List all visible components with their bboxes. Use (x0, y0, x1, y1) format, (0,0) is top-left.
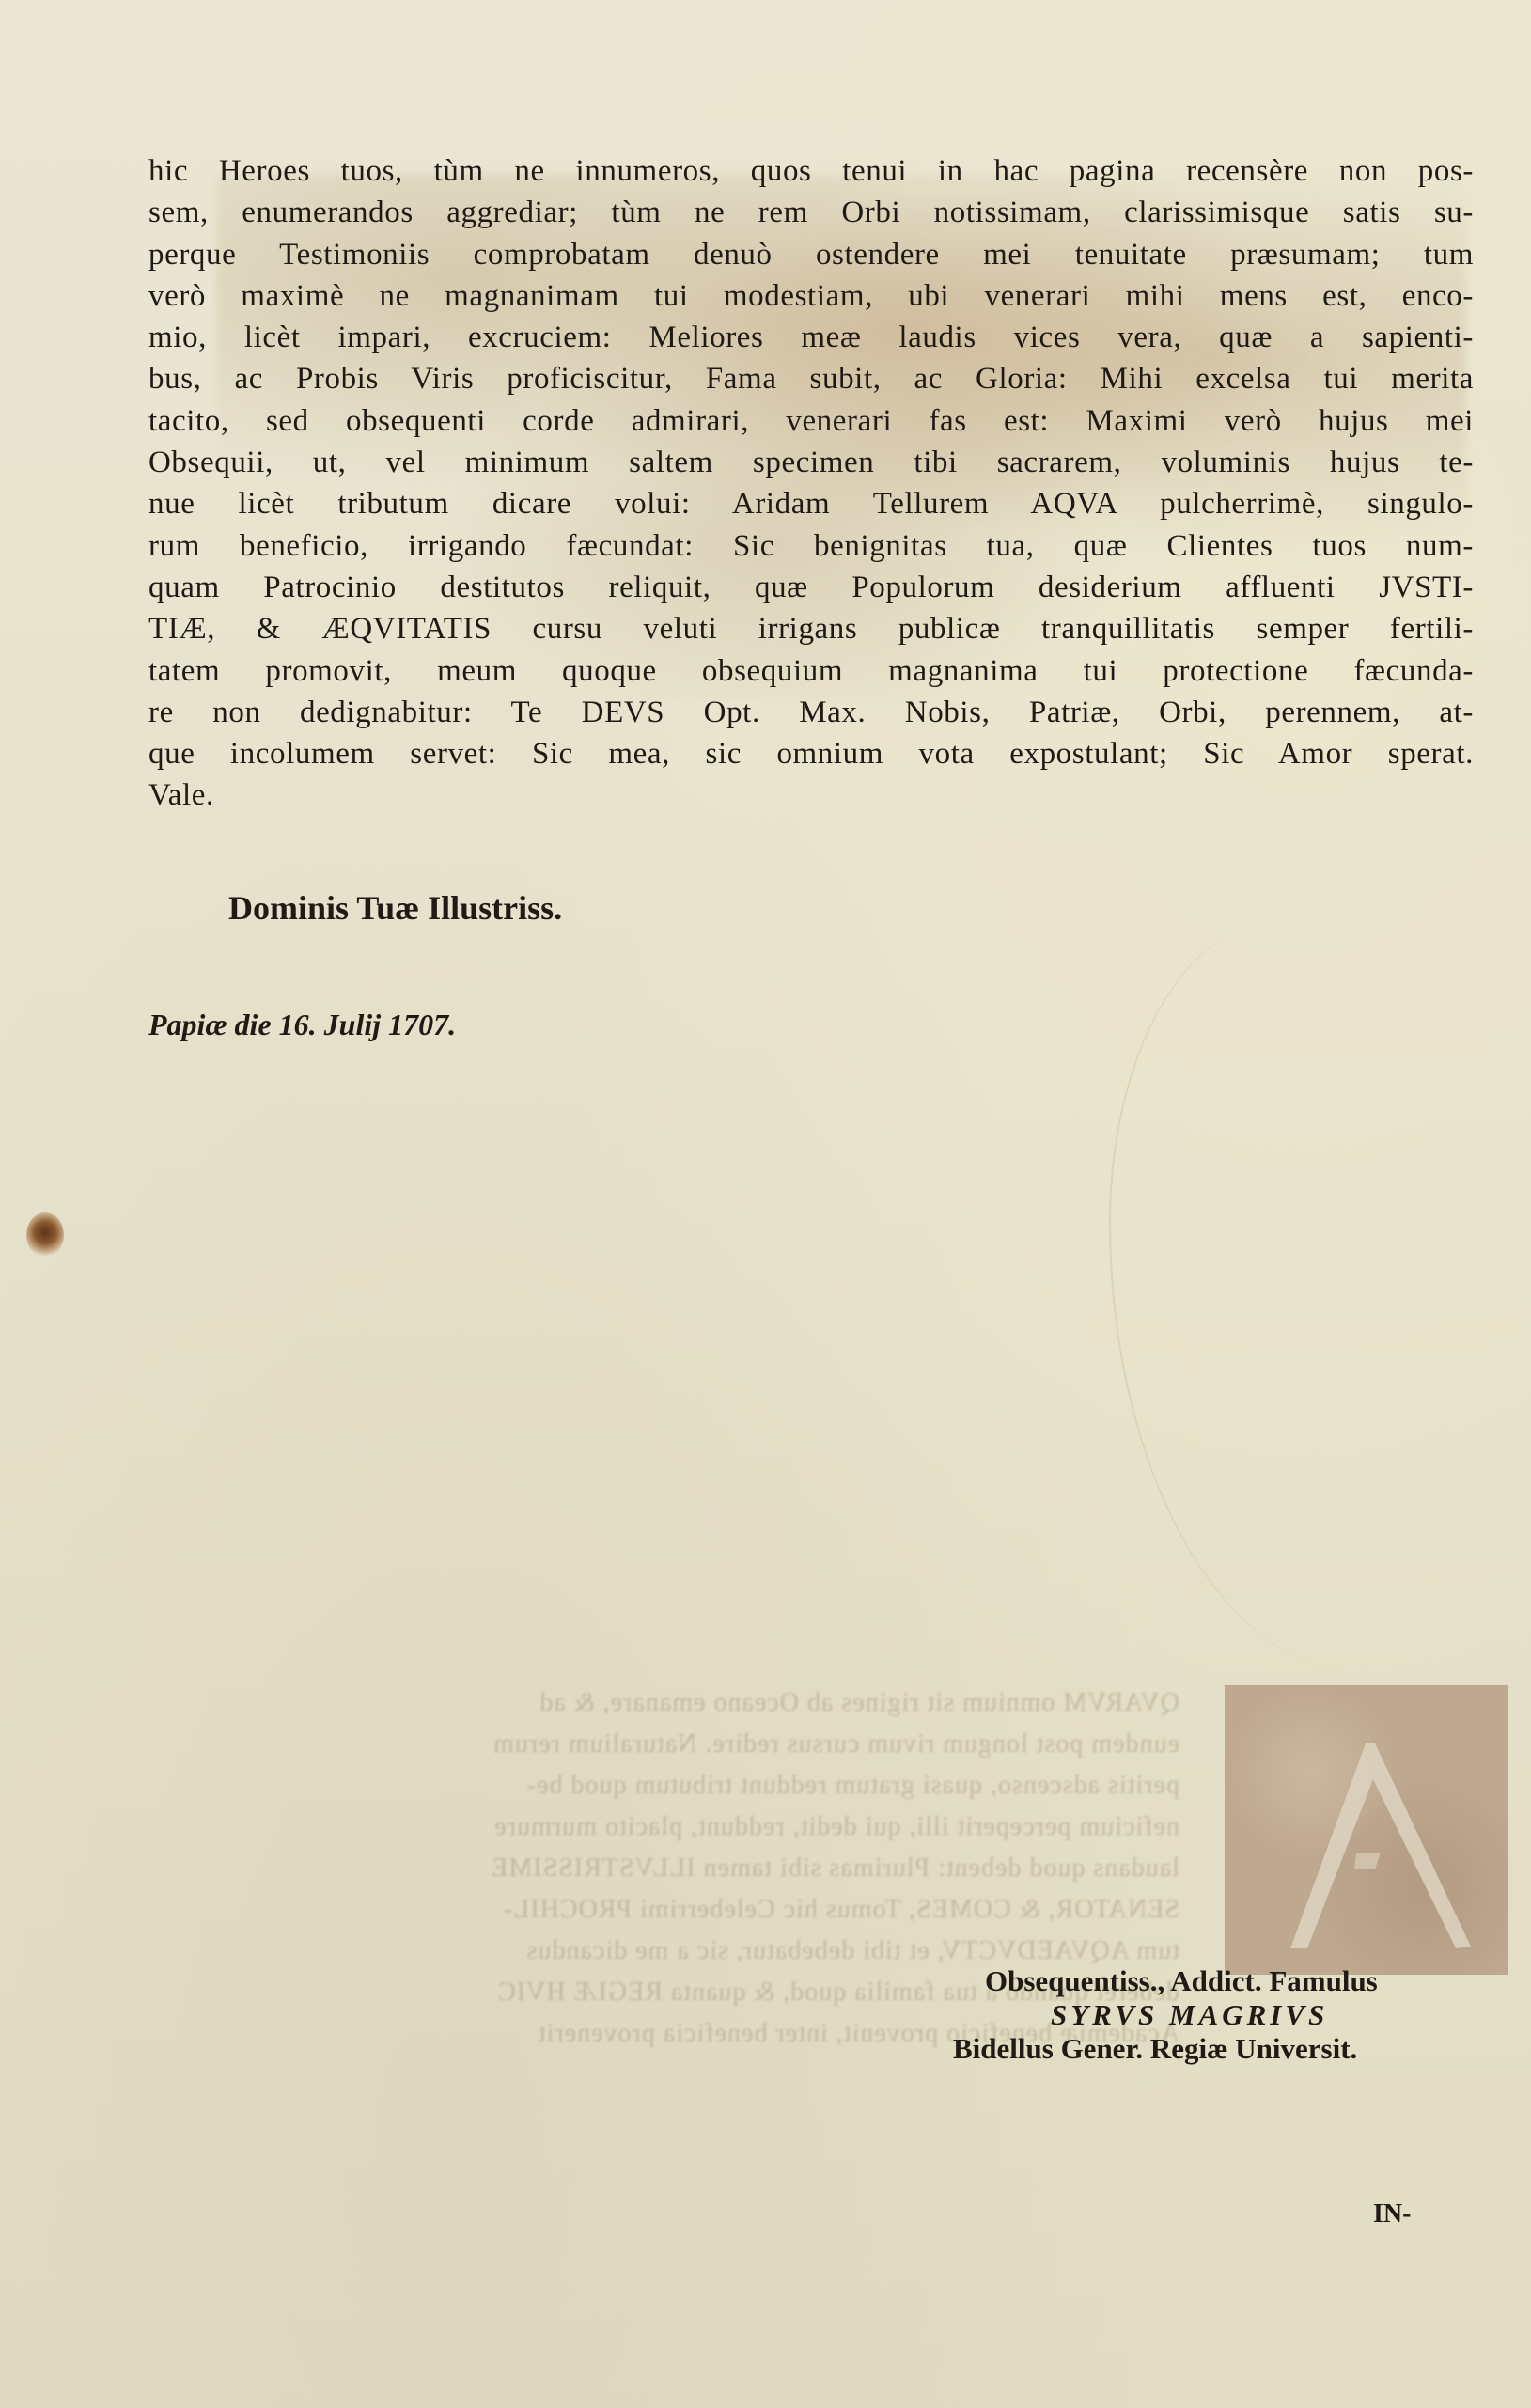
bleed-line: peritis adscenso, quasi gratum reddunt t… (193, 1765, 1179, 1806)
text-line: que incolumem servet: Sic mea, sic omniu… (148, 733, 1474, 774)
text-line: quam Patrocinio destitutos reliquit, quæ… (148, 567, 1474, 608)
text-line: tatem promovit, meum quoque obsequium ma… (148, 650, 1474, 692)
bleed-line: laudans quod debent: Plurimas sibi tamen… (193, 1848, 1179, 1889)
date-line: Papiæ die 16. Julij 1707. (148, 1008, 456, 1042)
bleed-line: SENATOR, & COMES, Tomus hic Celeberrimi … (193, 1889, 1179, 1931)
signature-name: SYRVS MAGRIVS (985, 1998, 1378, 2032)
text-line: rum beneficio, irrigando fæcundat: Sic b… (148, 525, 1474, 567)
signature-line-1: Obsequentiss., Addict. Famulus (985, 1964, 1378, 1998)
text-line: hic Heroes tuos, tùm ne innumeros, quos … (148, 150, 1474, 192)
text-line: tacito, sed obsequenti corde admirari, v… (148, 400, 1474, 442)
letter-a-icon (1225, 1685, 1508, 1975)
text-line-vale: Vale. (148, 774, 1474, 816)
dedication-body-text: hic Heroes tuos, tùm ne innumeros, quos … (148, 150, 1474, 817)
text-line: sem, enumerandos aggrediar; tùm ne rem O… (148, 192, 1474, 233)
text-line: verò maximè ne magnanimam tui modestiam,… (148, 275, 1474, 317)
signature-title: Bidellus Gener. Regiæ Universit. (953, 2032, 1378, 2066)
bleed-line: eundem post longum rivum cursus redire. … (193, 1724, 1179, 1765)
bleed-line: QVARVM omnium sit rigines ab Oceano eman… (193, 1682, 1179, 1724)
text-line: re non dedignabitur: Te DEVS Opt. Max. N… (148, 692, 1474, 733)
text-line: Obsequii, ut, vel minimum saltem specime… (148, 442, 1474, 483)
text-line: nue licèt tributum dicare volui: Aridam … (148, 483, 1474, 524)
text-line: TIÆ, & ÆQVITATIS cursu veluti irrigans p… (148, 608, 1474, 649)
signature-block: Obsequentiss., Addict. Famulus SYRVS MAG… (985, 1964, 1378, 2066)
text-line: mio, licèt impari, excruciem: Meliores m… (148, 317, 1474, 358)
ink-stain-spot (26, 1212, 64, 1258)
text-line: bus, ac Probis Viris proficiscitur, Fama… (148, 358, 1474, 399)
text-line: perque Testimoniis comprobatam denuò ost… (148, 234, 1474, 275)
closing-salutation: Dominis Tuæ Illustriss. (228, 888, 562, 928)
catchword: IN- (1373, 2199, 1411, 2229)
woodcut-initial-a-bleed (1225, 1685, 1508, 1975)
bleed-line: neficium perceperit illi, qui dedit, red… (193, 1806, 1179, 1848)
